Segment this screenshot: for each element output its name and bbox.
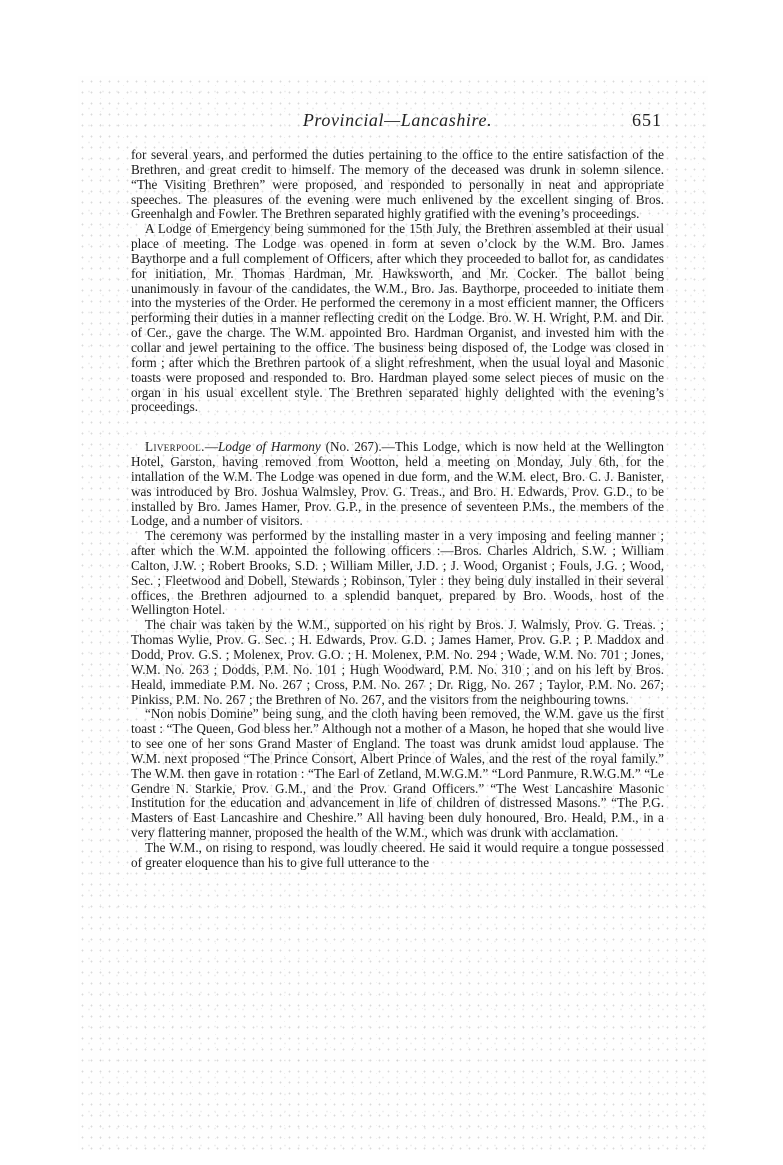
scanned-page: Provincial—Lancashire. 651 for several y… — [78, 76, 708, 1150]
lodge-location-label: Liverpool. — [145, 439, 205, 454]
paragraph-chair-taken: The chair was taken by the W.M., support… — [131, 618, 664, 707]
paragraph-wm-response: The W.M., on rising to respond, was loud… — [131, 841, 664, 871]
lodge-name-label: Lodge of Harmony — [218, 439, 321, 454]
page-header: Provincial—Lancashire. 651 — [131, 110, 664, 131]
text-column: for several years, and performed the dut… — [131, 148, 664, 871]
paragraph-ceremony-officers: The ceremony was performed by the instal… — [131, 529, 664, 618]
running-title: Provincial—Lancashire. — [303, 110, 492, 130]
page-number: 651 — [632, 110, 662, 131]
paragraph-continuation: for several years, and performed the dut… — [131, 148, 664, 222]
paragraph-liverpool-lodge-of-harmony: Liverpool.—Lodge of Harmony (No. 267).—T… — [131, 440, 664, 529]
em-dash: — — [205, 439, 218, 454]
paragraph-toasts: “Non nobis Domine” being sung, and the c… — [131, 707, 664, 841]
paragraph-lodge-of-emergency: A Lodge of Emergency being summoned for … — [131, 222, 664, 415]
